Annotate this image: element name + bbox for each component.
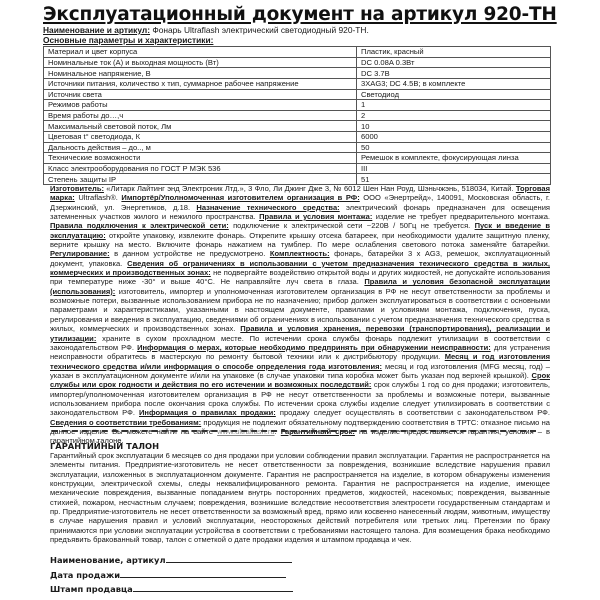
section-text: продажу следует осуществлять в соответст… xyxy=(276,408,550,417)
field-sale-date-blank[interactable] xyxy=(120,568,286,578)
document-title: Эксплуатационный документ на артикул 920… xyxy=(43,4,551,26)
param-key: Степень защиты IP xyxy=(44,174,357,185)
param-value: 51 xyxy=(357,174,551,185)
param-row: Источник светаСветодиод xyxy=(44,89,551,100)
section-heading: Правила подключения к электрической сети… xyxy=(50,221,229,230)
param-row: Материал и цвет корпусаПластик, красный xyxy=(44,47,551,58)
section-heading: Регулирование: xyxy=(50,249,110,258)
warranty-title: ГАРАНТИЙНЫЙ ТАЛОН xyxy=(50,441,159,451)
section-text: откройте упаковку, извлеките фонарь. Отк… xyxy=(50,231,550,249)
param-key: Технические возможности xyxy=(44,153,357,164)
param-key: Режимов работы xyxy=(44,100,357,111)
section-text: в данном устройстве не предусмотрено. xyxy=(110,249,270,258)
product-name-label: Наименование и артикул: xyxy=(43,25,150,35)
param-value: 1 xyxy=(357,100,551,111)
param-row: Режимов работы1 xyxy=(44,100,551,111)
warranty-body: Гарантийный срок эксплуатации 6 месяцев … xyxy=(50,451,550,544)
section-text: «Литарк Лайтинг энд Электроник Лтд.», 3 … xyxy=(104,184,516,193)
param-row: Цветовая t° светодиода, К6000 xyxy=(44,131,551,142)
document-page: Эксплуатационный документ на артикул 920… xyxy=(43,0,551,185)
param-value: 3XAG3; DC 4.5В; в комплекте xyxy=(357,78,551,89)
field-sale-date-label: Дата продажи xyxy=(50,570,120,580)
section-heading: Правила и условия монтажа: xyxy=(259,212,372,221)
param-key: Номинальное напряжение, В xyxy=(44,68,357,79)
params-heading: Основные параметры и характеристики: xyxy=(43,36,551,46)
param-row: Максимальный световой поток, Лм10 xyxy=(44,121,551,132)
field-product-name-label: Наименование, артикул xyxy=(50,555,166,565)
cut-line-divider xyxy=(52,430,536,432)
param-value: DC 0.08A 0.3Вт xyxy=(357,57,551,68)
param-key: Время работы до…,ч xyxy=(44,110,357,121)
section-heading: Информация о мерах, которые необходимо п… xyxy=(137,343,491,352)
param-value: DC 3.7В xyxy=(357,68,551,79)
warranty-fields: Наименование, артикул Дата продажи Штамп… xyxy=(50,553,293,597)
param-row: Технические возможностиРемешок в комплек… xyxy=(44,153,551,164)
section-text: подключение к электрической сети ~220В /… xyxy=(229,221,475,230)
warranty-text: Гарантийный срок эксплуатации 6 месяцев … xyxy=(50,451,550,544)
section-heading: Комплектность: xyxy=(270,249,330,258)
section-text: изделие не требует предварительного монт… xyxy=(372,212,550,221)
param-key: Номинальные ток (А) и выходная мощность … xyxy=(44,57,357,68)
section-heading: Импортёр/Уполномоченная изготовителем ор… xyxy=(121,193,359,202)
sections-paragraph: Изготовитель: «Литарк Лайтинг энд Электр… xyxy=(50,184,550,446)
param-key: Источники питания, количество х тип, сум… xyxy=(44,78,357,89)
field-product-name[interactable]: Наименование, артикул xyxy=(50,553,293,568)
param-value: 2 xyxy=(357,110,551,121)
param-key: Цветовая t° светодиода, К xyxy=(44,131,357,142)
param-key: Материал и цвет корпуса xyxy=(44,47,357,58)
field-product-name-blank[interactable] xyxy=(166,553,292,563)
param-row: Источники питания, количество х тип, сум… xyxy=(44,78,551,89)
param-row: Степень защиты IP51 xyxy=(44,174,551,185)
product-name-value: Фонарь Ultraflash электрический светодио… xyxy=(150,25,369,35)
section-heading: Информация о правилах продажи: xyxy=(139,408,276,417)
param-value: Пластик, красный xyxy=(357,47,551,58)
param-row: Номинальные ток (А) и выходная мощность … xyxy=(44,57,551,68)
field-seller-stamp-blank[interactable] xyxy=(133,582,293,592)
field-seller-stamp-label: Штамп продавца xyxy=(50,584,133,594)
param-row: Номинальное напряжение, ВDC 3.7В xyxy=(44,68,551,79)
param-value: 50 xyxy=(357,142,551,153)
param-value: 6000 xyxy=(357,131,551,142)
param-value: III xyxy=(357,163,551,174)
param-key: Класс электрооборудования по ГОСТ Р МЭК … xyxy=(44,163,357,174)
document-body: Изготовитель: «Литарк Лайтинг энд Электр… xyxy=(50,184,550,446)
section-text: Ultraflash®. xyxy=(75,193,122,202)
param-key: Максимальный световой поток, Лм xyxy=(44,121,357,132)
param-value: Светодиод xyxy=(357,89,551,100)
params-table: Материал и цвет корпусаПластик, красныйН… xyxy=(43,46,551,185)
param-value: 10 xyxy=(357,121,551,132)
field-seller-stamp[interactable]: Штамп продавца xyxy=(50,582,293,597)
param-row: Дальность действия – до.., м50 xyxy=(44,142,551,153)
section-heading: Сведения о соответствии требованиям: xyxy=(50,418,201,427)
param-key: Дальность действия – до.., м xyxy=(44,142,357,153)
param-value: Ремешок в комплекте, фокусирующая линза xyxy=(357,153,551,164)
section-heading: Изготовитель: xyxy=(50,184,104,193)
param-row: Класс электрооборудования по ГОСТ Р МЭК … xyxy=(44,163,551,174)
param-key: Источник света xyxy=(44,89,357,100)
field-sale-date[interactable]: Дата продажи xyxy=(50,568,293,583)
param-row: Время работы до…,ч2 xyxy=(44,110,551,121)
section-heading: Назначение технического средства: xyxy=(196,203,339,212)
